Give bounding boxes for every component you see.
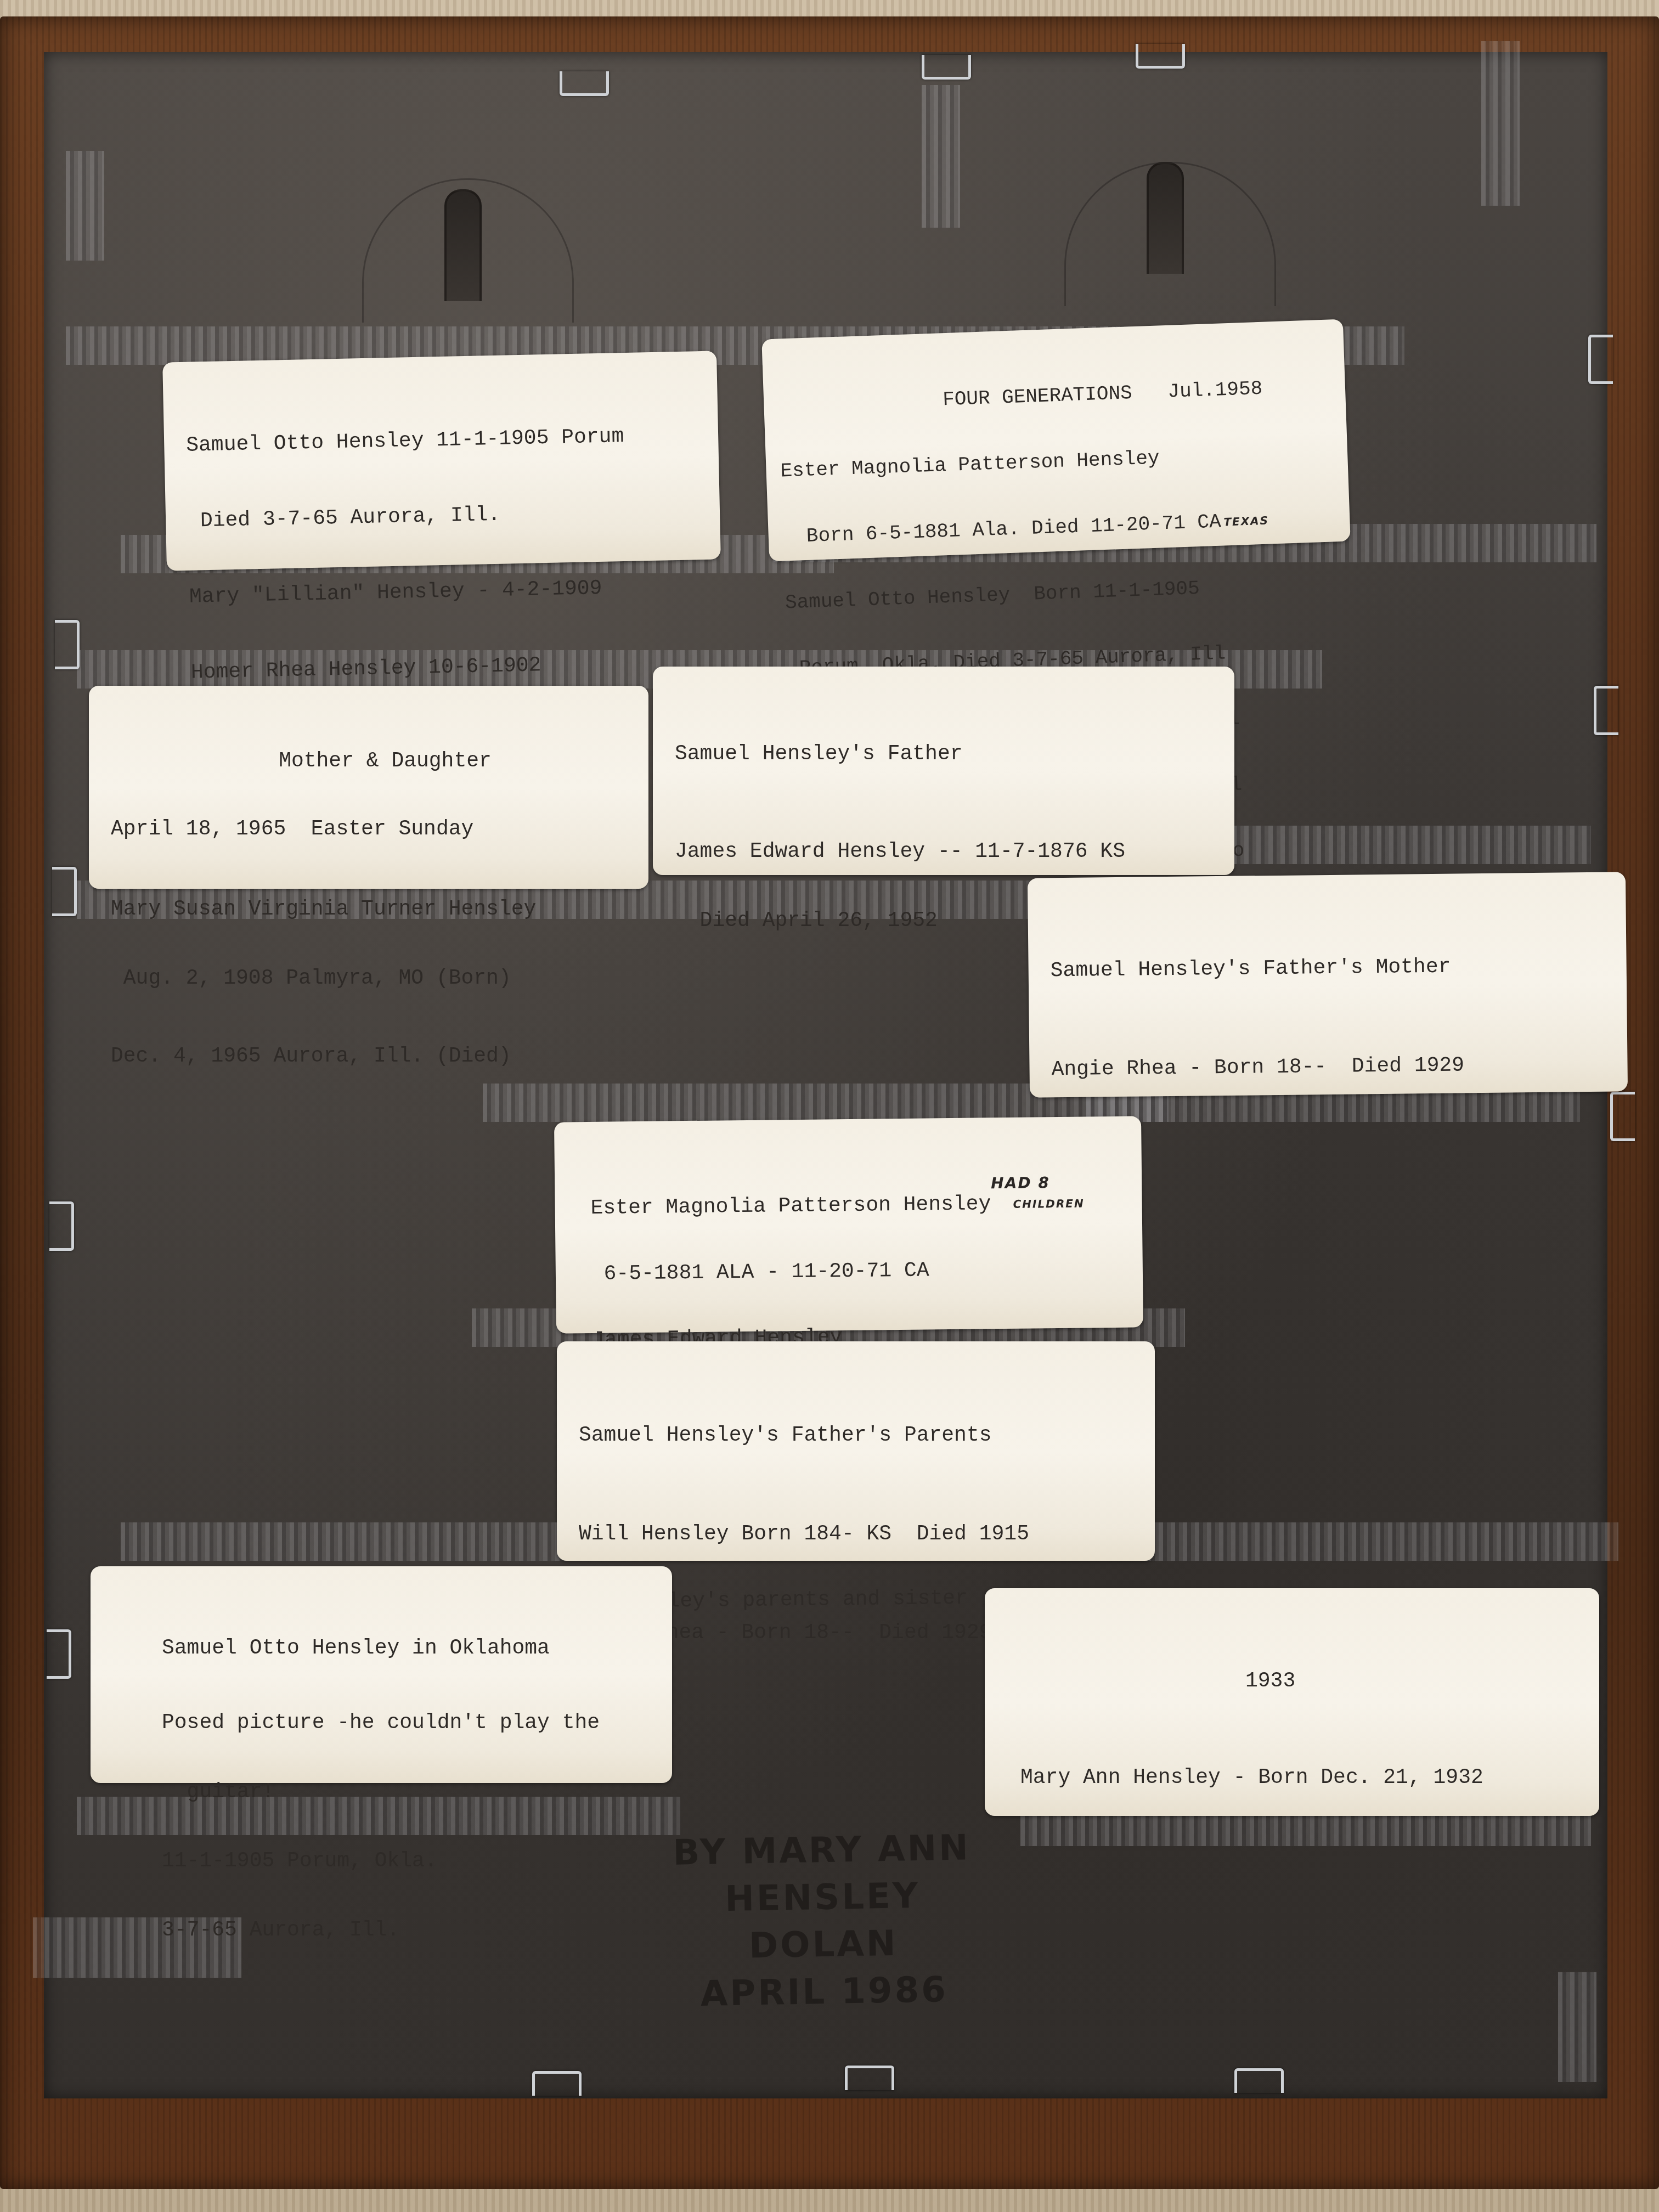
- label-fathers-parents: Samuel Hensley's Father's Parents Will H…: [557, 1341, 1155, 1561]
- frame-clip: [55, 620, 80, 669]
- handwritten-note: CHILDREN: [1013, 1193, 1084, 1215]
- label-title: Samuel Hensley's Father: [675, 742, 1212, 767]
- label-samuel-family: Samuel Otto Hensley 11-1-1905 Porum Died…: [162, 351, 721, 571]
- frame-clip: [922, 55, 971, 80]
- frame-clip: [1234, 2068, 1284, 2093]
- frame-clip: [49, 1201, 74, 1251]
- label-line: Homer Rhea Hensley 10-6-1902: [191, 650, 702, 685]
- label-line: Mary "Lillian" Hensley - 4-2-1909: [189, 574, 700, 610]
- label-title: Samuel Otto Hensley in Oklahoma: [162, 1637, 661, 1660]
- label-line: Mary Susan Virginia Turner Hensley: [111, 898, 627, 922]
- label-line: James Edward Hensley -- 11-7-1876 KS: [675, 839, 1212, 865]
- frame-clip: [1594, 686, 1618, 735]
- label-line: Samuel Otto Hensley 11-1-1905 Porum: [186, 422, 697, 458]
- label-line: Will Hensley Born 184- KS Died 1915: [579, 1518, 1133, 1551]
- label-line: Samuel Otto Hensley Born 11-1-1905: [785, 573, 1338, 614]
- label-line: 6-5-1881 ALA - 11-20-71 CA: [591, 1258, 1121, 1285]
- label-line: Aug. 2, 1908 Palmyra, MO (Born): [111, 967, 627, 991]
- frame-clip: [52, 867, 77, 916]
- frame-clip: [47, 1629, 71, 1679]
- label-title: FOUR GENERATIONS: [943, 382, 1133, 411]
- tape-strip: [922, 85, 960, 228]
- frame-clip: [1610, 1092, 1635, 1141]
- label-1933: 1933 Mary Ann Hensley - Born Dec. 21, 19…: [985, 1588, 1599, 1816]
- handwritten-note: HAD 8: [991, 1172, 1050, 1194]
- label-line: Died 3-7-65 Aurora, Ill.: [188, 498, 698, 534]
- label-title-row: FOUR GENERATIONS Jul.1958: [778, 375, 1331, 416]
- label-fathers-mother: Samuel Hensley's Father's Mother Angie R…: [1028, 872, 1628, 1097]
- signature-line: APRIL 1986: [605, 1965, 1044, 2019]
- frame-clip: [845, 2066, 894, 2090]
- label-samuels-father: Samuel Hensley's Father James Edward Hen…: [653, 667, 1234, 875]
- label-line: Ester Magnolia Patterson Hensley: [780, 441, 1334, 482]
- label-line: Mary Ann Hensley - Born Dec. 21, 1932: [1020, 1765, 1577, 1791]
- frame-clip: [1588, 335, 1613, 384]
- bracket-slot: [1147, 162, 1184, 274]
- signature-line: DOLAN: [603, 1917, 1043, 1972]
- label-parents-and-sister: Ester Magnolia Patterson Hensley 6-5-188…: [554, 1116, 1143, 1333]
- label-line: guitar!: [162, 1781, 661, 1804]
- label-title: Mother & Daughter: [111, 749, 627, 774]
- label-line: 11-1-1905 Porum, Okla.: [162, 1850, 661, 1873]
- label-line: 3-7-65 Aurora, Ill.: [162, 1919, 661, 1942]
- tape-strip: [66, 151, 104, 261]
- label-four-generations: FOUR GENERATIONS Jul.1958 Ester Magnolia…: [761, 319, 1350, 562]
- label-in-oklahoma: Samuel Otto Hensley in Oklahoma Posed pi…: [91, 1566, 672, 1783]
- frame-clip: [1136, 44, 1185, 69]
- handwritten-note: TEXAS: [1223, 510, 1269, 533]
- label-title: 1933: [1020, 1669, 1577, 1694]
- bracket-slot: [444, 189, 482, 301]
- label-date: Jul.1958: [1167, 377, 1263, 403]
- frame-clip: [560, 71, 609, 96]
- label-line: Posed picture -he couldn't play the: [162, 1712, 661, 1735]
- handwritten-signature: BY MARY ANN HENSLEY DOLAN APRIL 1986: [602, 1823, 1044, 2019]
- label-title: Samuel Hensley's Father's Mother: [1050, 953, 1604, 984]
- label-line: April 18, 1965 Easter Sunday: [111, 817, 627, 842]
- tape-strip: [1558, 1972, 1596, 2082]
- label-mother-daughter: Mother & Daughter April 18, 1965 Easter …: [89, 686, 648, 889]
- label-line: Dec. 4, 1965 Aurora, Ill. (Died): [111, 1045, 627, 1069]
- label-title: Samuel Hensley's Father's Parents: [579, 1419, 1133, 1452]
- signature-line: BY MARY ANN HENSLEY: [602, 1823, 1042, 1925]
- tape-strip: [1481, 41, 1520, 206]
- frame-clip: [532, 2071, 582, 2096]
- label-line: Angie Rhea - Born 18-- Died 1929: [1051, 1052, 1605, 1083]
